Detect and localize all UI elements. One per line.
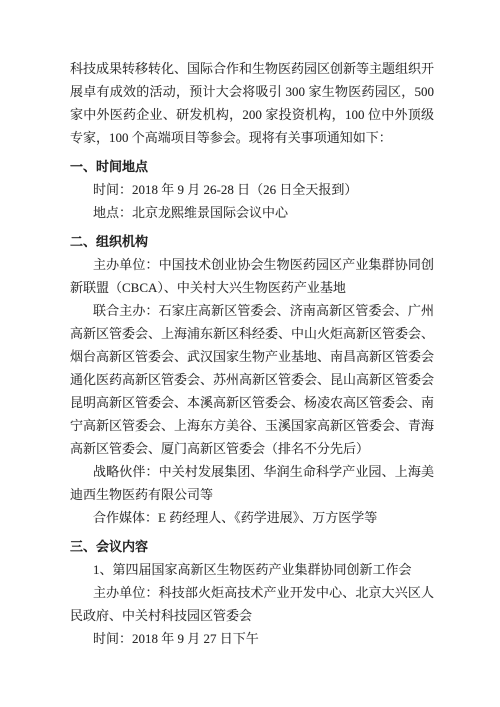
text-line: 专家，100 个高端项目等参会。现将有关事项通知如下： [70,126,434,149]
text-line: 家中外医药企业、研发机构，200 家投资机构，100 位中外顶级 [70,103,434,126]
text-line: 昆明高新区管委会、本溪高新区管委会、杨凌农高区管委会、南 [70,391,434,414]
text-line: 高新区管委会、上海浦东新区科经委、中山火炬高新区管委会、 [70,322,434,345]
text-line: 展卓有成效的活动，预计大会将吸引 300 家生物医药园区，500 [70,80,434,103]
text-line: 联合主办：石家庄高新区管委会、济南高新区管委会、广州 [70,299,434,322]
text-line: 主办单位：中国技术创业协会生物医药园区产业集群协同创 [70,253,434,276]
text-line: 1、第四届国家高新区生物医药产业集群协同创新工作会 [70,558,434,581]
text-line: 主办单位：科技部火炬高技术产业开发中心、北京大兴区人 [70,581,434,604]
text-line: 时间：2018 年 9 月 27 日下午 [70,627,434,650]
text-line: 战略伙伴：中关村发展集团、华润生命科学产业园、上海美 [70,460,434,483]
text-line: 民政府、中关村科技园区管委会 [70,604,434,627]
document-content: 科技成果转移转化、国际合作和生物医药园区创新等主题组织开展卓有成效的活动，预计大… [70,57,434,650]
text-line: 烟台高新区管委会、武汉国家生物产业基地、南昌高新区管委会、 [70,345,434,368]
text-line: 合作媒体：E 药经理人、《药学进展》、万方医学等 [70,506,434,529]
text-line: 新联盟（CBCA）、中关村大兴生物医药产业基地 [70,276,434,299]
section-heading: 二、组织机构 [70,230,434,253]
section-heading: 一、时间地点 [70,155,434,178]
text-line: 迪西生物医药有限公司等 [70,483,434,506]
text-line: 高新区管委会、厦门高新区管委会（排名不分先后） [70,437,434,460]
text-line: 地点：北京龙熙维景国际会议中心 [70,201,434,224]
text-line: 科技成果转移转化、国际合作和生物医药园区创新等主题组织开 [70,57,434,80]
text-line: 时间：2018 年 9 月 26-28 日（26 日全天报到） [70,178,434,201]
section-heading: 三、会议内容 [70,535,434,558]
text-line: 宁高新区管委会、上海东方美谷、玉溪国家高新区管委会、青海 [70,414,434,437]
text-line: 通化医药高新区管委会、苏州高新区管委会、昆山高新区管委会、 [70,368,434,391]
document-page: 科技成果转移转化、国际合作和生物医药园区创新等主题组织开展卓有成效的活动，预计大… [0,0,500,707]
